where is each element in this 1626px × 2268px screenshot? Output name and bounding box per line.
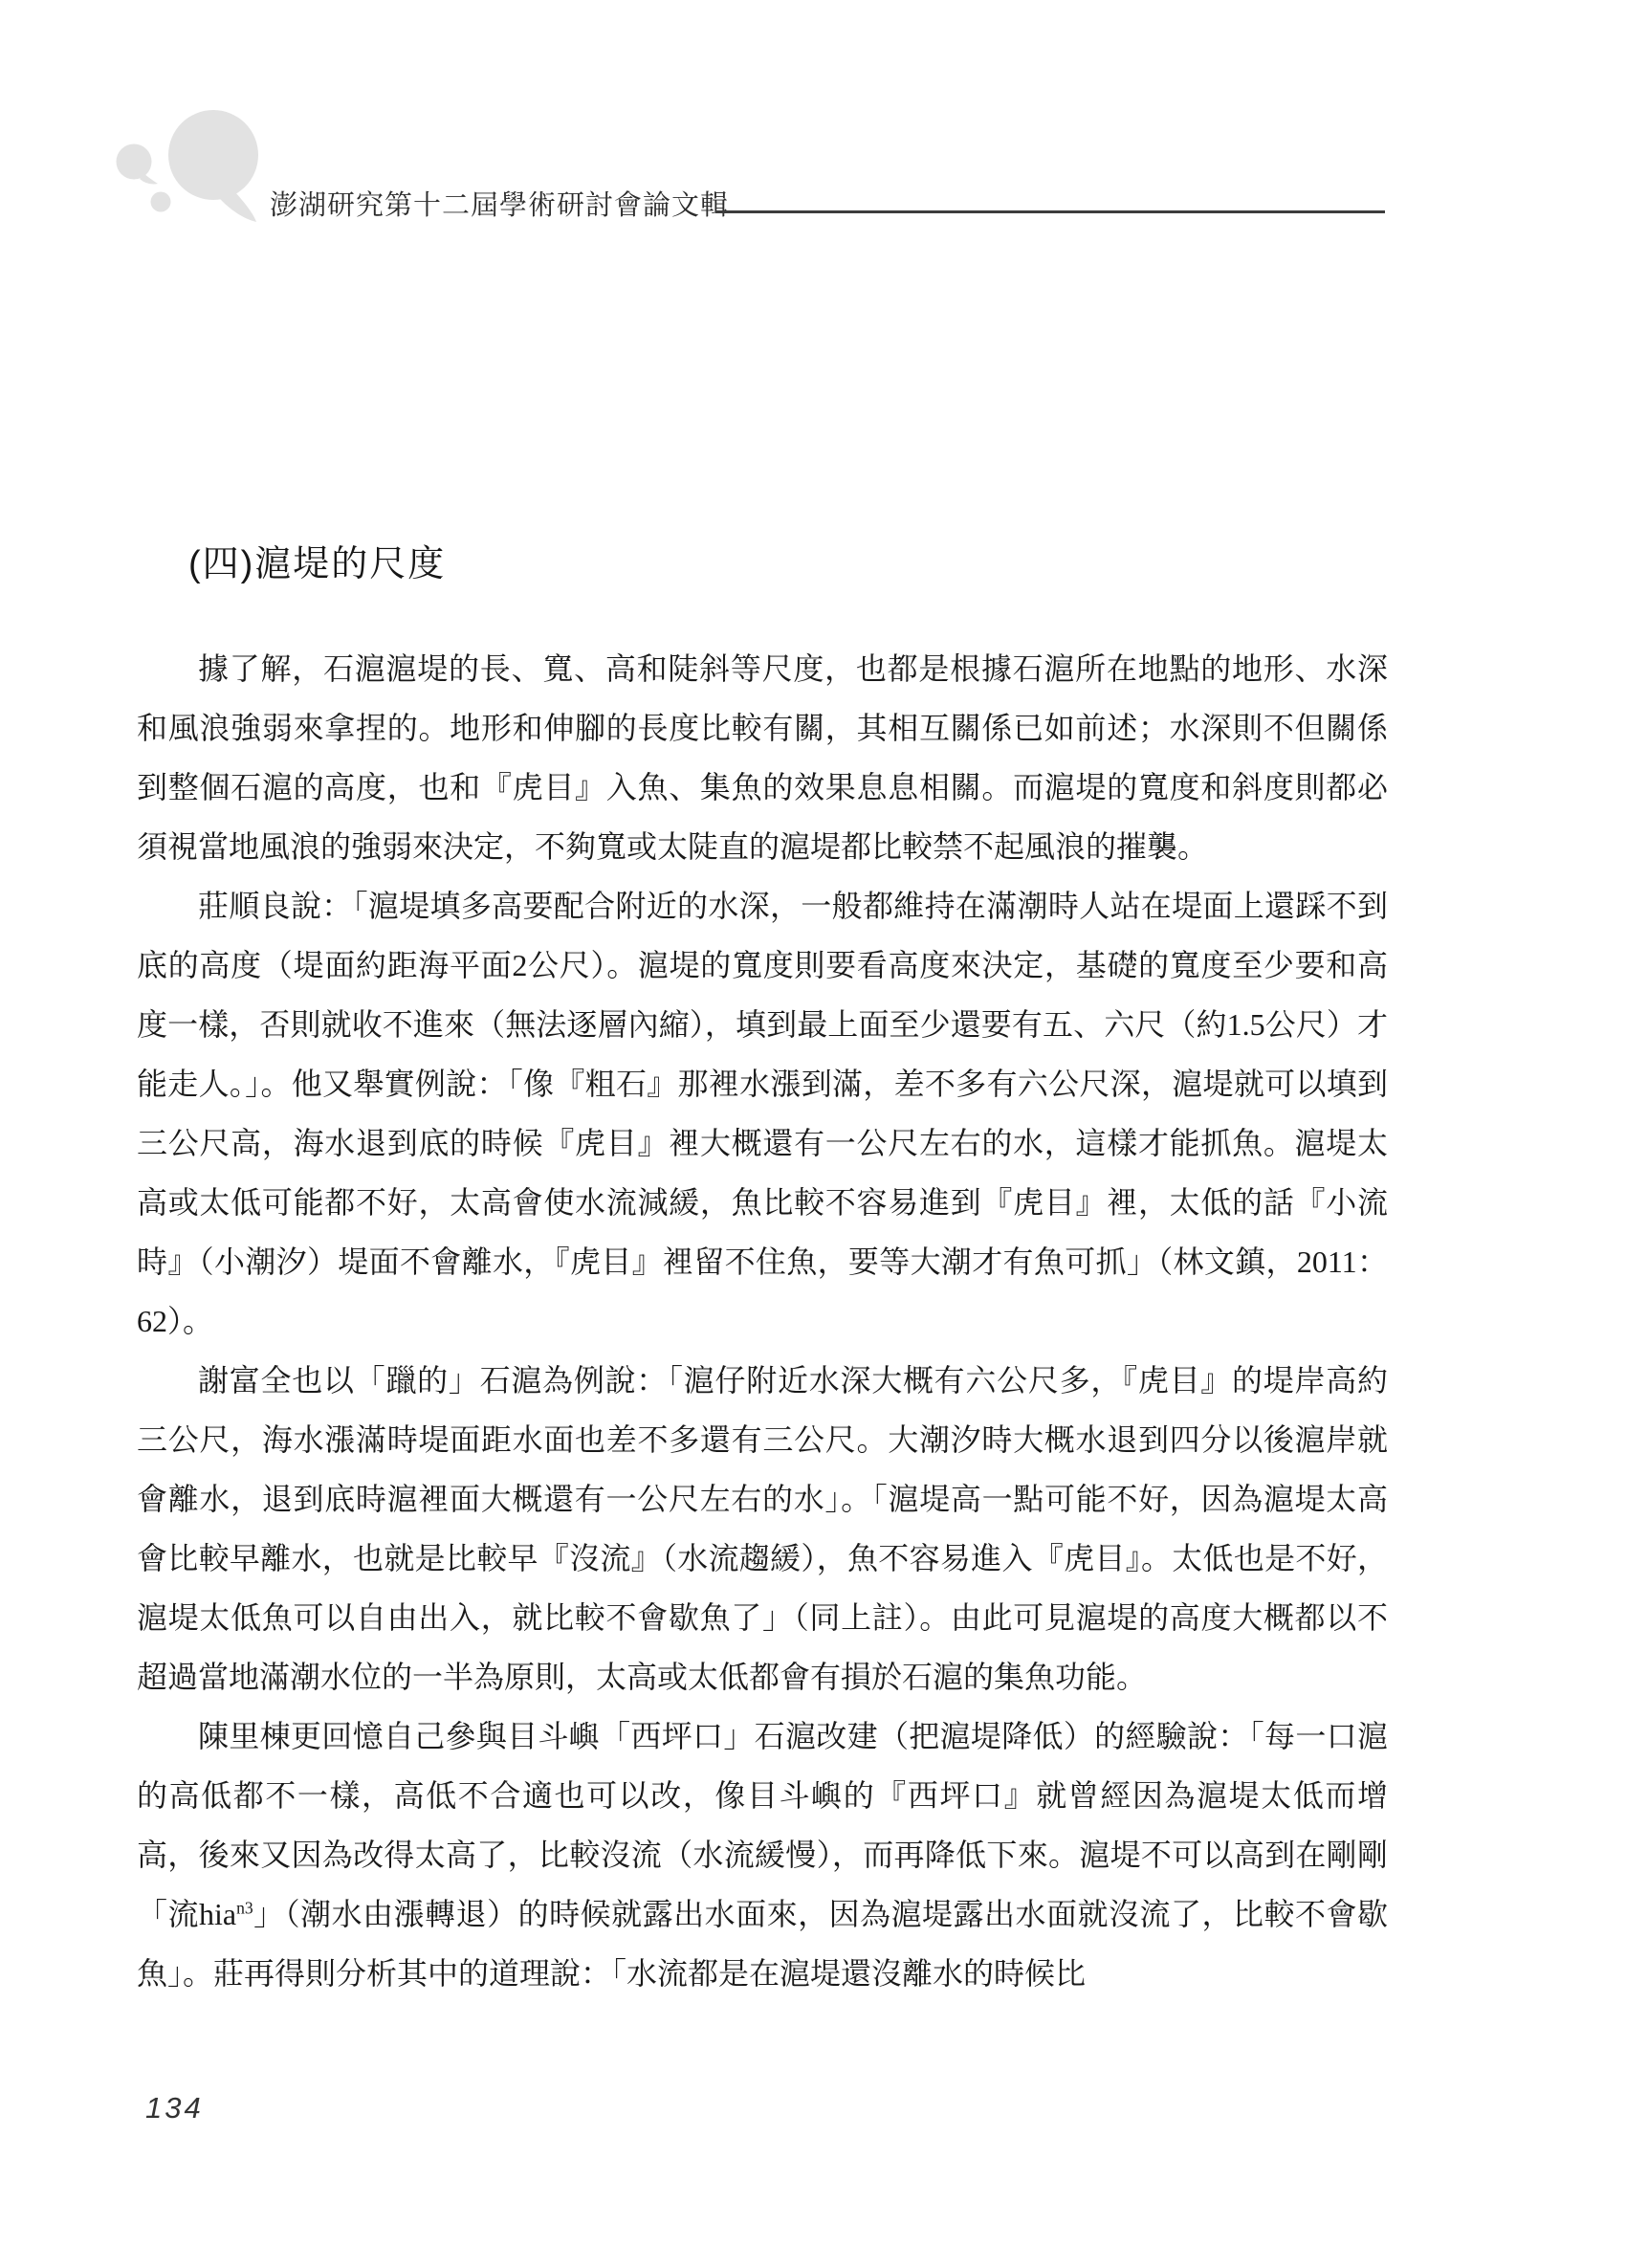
paragraph-4: 陳里棟更回憶自己參與目斗嶼「西坪口」石滬改建（把滬堤降低）的經驗說：「每一口滬的…	[137, 1707, 1388, 2003]
section-heading: (四)滬堤的尺度	[188, 534, 446, 586]
speech-bubble-logo-icon	[105, 99, 277, 228]
paragraph-3: 謝富全也以「躐的」石滬為例說：「滬仔附近水深大概有六公尺多，『虎目』的堤岸高約三…	[137, 1351, 1388, 1707]
paragraph-4-text-continued: 」（潮水由漲轉退）的時候就露出水面來，因為滬堤露出水面就沒流了，比較不會歇魚」。…	[137, 1897, 1388, 1991]
body-text-block: 據了解，石滬滬堤的長、寬、高和陡斜等尺度，也都是根據石滬所在地點的地形、水深和風…	[137, 639, 1388, 2003]
page-number: 134	[145, 2091, 204, 2125]
romanization-superscript: n3	[236, 1898, 253, 1917]
booklet-title: 澎湖研究第十二屆學術研討會論文輯	[270, 184, 729, 223]
paragraph-1: 據了解，石滬滬堤的長、寬、高和陡斜等尺度，也都是根據石滬所在地點的地形、水深和風…	[137, 639, 1388, 876]
paragraph-2: 莊順良說：「滬堤填多高要配合附近的水深，一般都維持在滿潮時人站在堤面上還踩不到底…	[137, 876, 1388, 1351]
document-page: 澎湖研究第十二屆學術研討會論文輯 (四)滬堤的尺度 據了解，石滬滬堤的長、寬、高…	[0, 0, 1626, 2268]
header-rule-divider	[715, 210, 1385, 213]
